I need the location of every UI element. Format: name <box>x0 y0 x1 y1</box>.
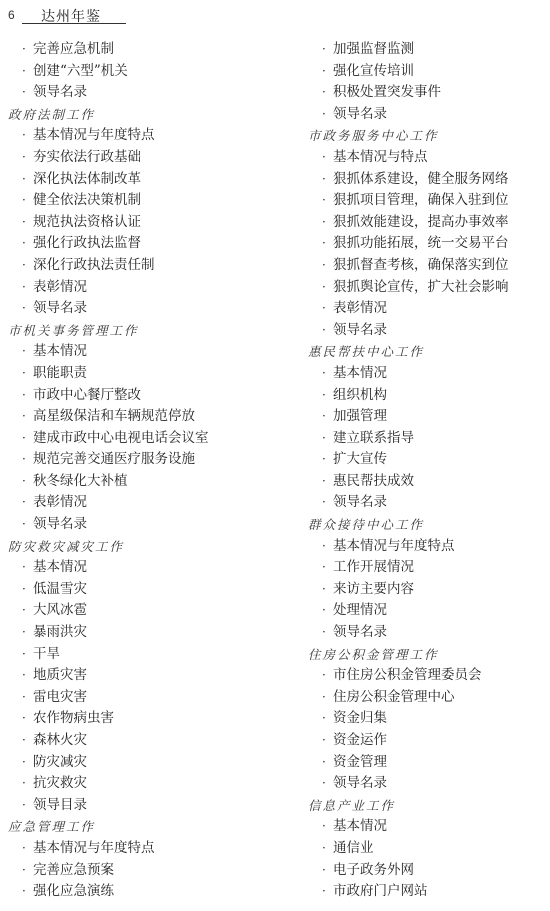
toc-entry-label: 完善应急预案 <box>33 862 114 878</box>
toc-entry-label: 市住房公积金管理委员会 <box>333 667 482 683</box>
toc-entry: ·基本情况 <box>308 816 550 838</box>
toc-entry: ·完善应急预案 <box>8 860 288 882</box>
bullet-icon: · <box>22 212 33 234</box>
toc-entry-label: 基本情况 <box>33 343 87 359</box>
toc-entry: ·抗灾救灾 <box>8 773 288 795</box>
section-heading-label: 信息产业工作 <box>308 798 395 813</box>
toc-entry: ·健全依法决策机制 <box>8 190 288 212</box>
bullet-icon: · <box>322 773 333 795</box>
bullet-icon: · <box>22 471 33 493</box>
section-heading-label: 群众接待中心工作 <box>308 517 424 532</box>
bullet-icon: · <box>322 406 333 428</box>
toc-entry: ·暴雨洪灾 <box>8 622 288 644</box>
toc-entry: ·领导名录 <box>308 773 550 795</box>
toc-entry-label: 加强监督监测 <box>333 41 414 57</box>
toc-entry: ·秋冬绿化大补植 <box>8 471 288 493</box>
section-heading: 政府法制工作 <box>8 104 288 126</box>
toc-entry-label: 领导名录 <box>333 624 387 640</box>
toc-column-left: ·完善应急机制·创建“六型”机关·领导名录政府法制工作·基本情况与年度特点·夯实… <box>8 39 288 903</box>
toc-entry: ·领导名录 <box>308 320 550 342</box>
bullet-icon: · <box>22 579 33 601</box>
bullet-icon: · <box>22 773 33 795</box>
toc-entry-label: 干旱 <box>33 646 60 662</box>
toc-entry-label: 雷电灾害 <box>33 689 87 705</box>
toc-entry: ·深化执法体制改革 <box>8 169 288 191</box>
section-heading-label: 住房公积金管理工作 <box>308 647 439 662</box>
toc-entry-label: 工作开展情况 <box>333 559 414 575</box>
toc-entry: ·资金管理 <box>308 752 550 774</box>
toc-entry-label: 表彰情况 <box>33 494 87 510</box>
toc-entry: ·建成市政中心电视电话会议室 <box>8 428 288 450</box>
bullet-icon: · <box>22 61 33 83</box>
page-number: 6 <box>8 8 15 22</box>
toc-entry: ·表彰情况 <box>8 492 288 514</box>
toc-entry: ·狠抓效能建设，提高办事效率 <box>308 212 550 234</box>
toc-entry-label: 秋冬绿化大补植 <box>33 473 128 489</box>
toc-entry: ·领导目录 <box>8 795 288 817</box>
toc-entry: ·领导名录 <box>8 298 288 320</box>
toc-entry: ·建立联系指导 <box>308 428 550 450</box>
bullet-icon: · <box>322 428 333 450</box>
bullet-icon: · <box>22 838 33 860</box>
bullet-icon: · <box>322 255 333 277</box>
toc-entry-label: 规范完善交通医疗服务设施 <box>33 451 195 467</box>
toc-entry: ·职能职责 <box>8 363 288 385</box>
toc-entry: ·惠民帮扶成效 <box>308 471 550 493</box>
toc-entry: ·市政中心餐厅整改 <box>8 385 288 407</box>
bullet-icon: · <box>322 708 333 730</box>
toc-entry: ·基本情况与年度特点 <box>8 838 288 860</box>
toc-entry: ·电子政务外网 <box>308 860 550 882</box>
bullet-icon: · <box>22 557 33 579</box>
toc-entry: ·领导名录 <box>308 622 550 644</box>
toc-entry: ·基本情况与特点 <box>308 147 550 169</box>
toc-entry-label: 加强管理 <box>333 408 387 424</box>
toc-entry-label: 基本情况与年度特点 <box>33 127 155 143</box>
toc-entry: ·雷电灾害 <box>8 687 288 709</box>
toc-entry: ·完善应急机制 <box>8 39 288 61</box>
toc-entry: ·深化行政执法责任制 <box>8 255 288 277</box>
toc-entry: ·狠抓舆论宣传，扩大社会影响 <box>308 277 550 299</box>
bullet-icon: · <box>322 147 333 169</box>
bullet-icon: · <box>22 125 33 147</box>
toc-entry-label: 完善应急机制 <box>33 41 114 57</box>
section-heading-label: 政府法制工作 <box>8 107 95 122</box>
toc-entry-label: 基本情况与年度特点 <box>333 538 455 554</box>
toc-entry: ·地质灾害 <box>8 665 288 687</box>
toc-entry: ·强化应急演练 <box>8 881 288 903</box>
toc-entry-label: 抗灾救灾 <box>33 775 87 791</box>
toc-entry-label: 强化行政执法监督 <box>33 235 141 251</box>
toc-entry-label: 夯实依法行政基础 <box>33 149 141 165</box>
bullet-icon: · <box>22 514 33 536</box>
toc-entry: ·强化宣传培训 <box>308 61 550 83</box>
toc-entry-label: 强化宣传培训 <box>333 63 414 79</box>
bullet-icon: · <box>322 190 333 212</box>
bullet-icon: · <box>322 385 333 407</box>
toc-entry: ·来访主要内容 <box>308 579 550 601</box>
bullet-icon: · <box>22 190 33 212</box>
toc-entry: ·住房公积金管理中心 <box>308 687 550 709</box>
toc-entry: ·夯实依法行政基础 <box>8 147 288 169</box>
toc-entry-label: 建立联系指导 <box>333 430 414 446</box>
bullet-icon: · <box>22 169 33 191</box>
bullet-icon: · <box>322 600 333 622</box>
toc-column-right: ·加强监督监测·强化宣传培训·积极处置突发事件·领导名录市政务服务中心工作·基本… <box>308 39 550 903</box>
toc-entry-label: 职能职责 <box>33 365 87 381</box>
toc-entry-label: 领导名录 <box>33 84 87 100</box>
toc-entry-label: 处理情况 <box>333 602 387 618</box>
toc-entry: ·强化行政执法监督 <box>8 233 288 255</box>
toc-entry: ·农作物病虫害 <box>8 708 288 730</box>
toc-entry-label: 深化执法体制改革 <box>33 171 141 187</box>
bullet-icon: · <box>322 579 333 601</box>
bullet-icon: · <box>22 39 33 61</box>
bullet-icon: · <box>322 169 333 191</box>
section-heading-label: 防灾救灾减灾工作 <box>8 539 124 554</box>
bullet-icon: · <box>322 277 333 299</box>
toc-entry: ·低温雪灾 <box>8 579 288 601</box>
section-heading: 应急管理工作 <box>8 816 288 838</box>
running-title: 达州年鉴 <box>41 6 101 26</box>
toc-entry-label: 领导目录 <box>33 797 87 813</box>
section-heading: 信息产业工作 <box>308 795 550 817</box>
bullet-icon: · <box>22 730 33 752</box>
toc-entry-label: 创建“六型”机关 <box>33 63 128 79</box>
toc-entry: ·干旱 <box>8 644 288 666</box>
bullet-icon: · <box>22 665 33 687</box>
toc-entry-label: 大风冰雹 <box>33 602 87 618</box>
section-heading: 惠民帮扶中心工作 <box>308 341 550 363</box>
toc-entry-label: 领导名录 <box>333 494 387 510</box>
toc-entry-label: 基本情况 <box>333 818 387 834</box>
toc-entry-label: 狠抓舆论宣传，扩大社会影响 <box>333 279 509 295</box>
bullet-icon: · <box>22 708 33 730</box>
toc-entry-label: 农作物病虫害 <box>33 710 114 726</box>
bullet-icon: · <box>322 320 333 342</box>
section-heading-label: 市机关事务管理工作 <box>8 323 139 338</box>
toc-entry-label: 狠抓督查考核，确保落实到位 <box>333 257 509 273</box>
bullet-icon: · <box>322 665 333 687</box>
bullet-icon: · <box>22 600 33 622</box>
toc-entry-label: 通信业 <box>333 840 374 856</box>
toc-entry-label: 基本情况与特点 <box>333 149 428 165</box>
toc-entry: ·加强管理 <box>308 406 550 428</box>
toc-entry: ·基本情况 <box>8 557 288 579</box>
section-heading: 防灾救灾减灾工作 <box>8 536 288 558</box>
bullet-icon: · <box>22 622 33 644</box>
bullet-icon: · <box>322 492 333 514</box>
toc-entry-label: 领导名录 <box>33 516 87 532</box>
toc-entry-label: 健全依法决策机制 <box>33 192 141 208</box>
toc-entry: ·组织机构 <box>308 385 550 407</box>
bullet-icon: · <box>322 752 333 774</box>
toc-entry: ·森林火灾 <box>8 730 288 752</box>
toc-entry-label: 领导名录 <box>333 775 387 791</box>
bullet-icon: · <box>22 795 33 817</box>
toc-entry-label: 电子政务外网 <box>333 862 414 878</box>
bullet-icon: · <box>322 838 333 860</box>
toc-entry-label: 基本情况 <box>33 559 87 575</box>
bullet-icon: · <box>22 449 33 471</box>
toc-entry-label: 基本情况与年度特点 <box>33 840 155 856</box>
toc-entry-label: 深化行政执法责任制 <box>33 257 155 273</box>
bullet-icon: · <box>322 449 333 471</box>
bullet-icon: · <box>322 61 333 83</box>
bullet-icon: · <box>322 233 333 255</box>
section-heading-label: 市政务服务中心工作 <box>308 128 439 143</box>
toc-entry-label: 建成市政中心电视电话会议室 <box>33 430 209 446</box>
bullet-icon: · <box>22 277 33 299</box>
toc-entry-label: 市政府门户网站 <box>333 883 428 899</box>
bullet-icon: · <box>22 385 33 407</box>
bullet-icon: · <box>22 644 33 666</box>
toc-entry: ·基本情况 <box>8 341 288 363</box>
bullet-icon: · <box>322 298 333 320</box>
toc-entry-label: 扩大宣传 <box>333 451 387 467</box>
bullet-icon: · <box>22 341 33 363</box>
section-heading-label: 惠民帮扶中心工作 <box>308 344 424 359</box>
bullet-icon: · <box>322 471 333 493</box>
section-heading-label: 应急管理工作 <box>8 819 95 834</box>
bullet-icon: · <box>322 363 333 385</box>
toc-entry: ·基本情况与年度特点 <box>308 536 550 558</box>
toc-entry-label: 组织机构 <box>333 387 387 403</box>
toc-entry-label: 积极处置突发事件 <box>333 84 441 100</box>
bullet-icon: · <box>322 730 333 752</box>
toc-entry: ·工作开展情况 <box>308 557 550 579</box>
bullet-icon: · <box>322 557 333 579</box>
toc-entry: ·资金运作 <box>308 730 550 752</box>
toc-entry-label: 规范执法资格认证 <box>33 214 141 230</box>
toc-entry: ·狠抓体系建设，健全服务网络 <box>308 169 550 191</box>
toc-entry-label: 地质灾害 <box>33 667 87 683</box>
toc-entry-label: 资金归集 <box>333 710 387 726</box>
toc-entry-label: 暴雨洪灾 <box>33 624 87 640</box>
bullet-icon: · <box>22 881 33 903</box>
toc-entry-label: 防灾减灾 <box>33 754 87 770</box>
toc-entry-label: 狠抓体系建设，健全服务网络 <box>333 171 509 187</box>
toc-entry-label: 资金运作 <box>333 732 387 748</box>
toc-entry: ·表彰情况 <box>8 277 288 299</box>
toc-entry-label: 来访主要内容 <box>333 581 414 597</box>
toc-entry-label: 领导名录 <box>33 300 87 316</box>
toc-entry: ·积极处置突发事件 <box>308 82 550 104</box>
section-heading: 市机关事务管理工作 <box>8 320 288 342</box>
toc-entry-label: 低温雪灾 <box>33 581 87 597</box>
bullet-icon: · <box>322 212 333 234</box>
toc-entry-label: 高星级保洁和车辆规范停放 <box>33 408 195 424</box>
toc-entry-label: 资金管理 <box>333 754 387 770</box>
bullet-icon: · <box>322 536 333 558</box>
toc-entry: ·狠抓督查考核，确保落实到位 <box>308 255 550 277</box>
toc-entry: ·领导名录 <box>8 82 288 104</box>
toc-entry: ·狠抓功能拓展，统一交易平台 <box>308 233 550 255</box>
toc-entry: ·基本情况 <box>308 363 550 385</box>
bullet-icon: · <box>22 82 33 104</box>
toc-entry: ·表彰情况 <box>308 298 550 320</box>
toc-entry: ·市住房公积金管理委员会 <box>308 665 550 687</box>
bullet-icon: · <box>322 622 333 644</box>
toc-entry-label: 领导名录 <box>333 106 387 122</box>
toc-entry: ·领导名录 <box>308 492 550 514</box>
bullet-icon: · <box>322 687 333 709</box>
toc-entry-label: 表彰情况 <box>333 300 387 316</box>
toc-entry: ·规范执法资格认证 <box>8 212 288 234</box>
toc-entry: ·领导名录 <box>308 104 550 126</box>
section-heading: 住房公积金管理工作 <box>308 644 550 666</box>
bullet-icon: · <box>22 492 33 514</box>
toc-entry-label: 基本情况 <box>333 365 387 381</box>
toc-entry-label: 狠抓功能拓展，统一交易平台 <box>333 235 509 251</box>
toc-entry-label: 市政中心餐厅整改 <box>33 387 141 403</box>
toc-entry: ·大风冰雹 <box>8 600 288 622</box>
toc-entry-label: 领导名录 <box>333 322 387 338</box>
toc-entry: ·扩大宣传 <box>308 449 550 471</box>
toc-entry: ·加强监督监测 <box>308 39 550 61</box>
toc-entry: ·高星级保洁和车辆规范停放 <box>8 406 288 428</box>
bullet-icon: · <box>322 82 333 104</box>
bullet-icon: · <box>322 816 333 838</box>
section-heading: 群众接待中心工作 <box>308 514 550 536</box>
toc-entry: ·处理情况 <box>308 600 550 622</box>
toc-entry: ·创建“六型”机关 <box>8 61 288 83</box>
bullet-icon: · <box>22 406 33 428</box>
toc-entry: ·资金归集 <box>308 708 550 730</box>
toc-entry-label: 森林火灾 <box>33 732 87 748</box>
bullet-icon: · <box>22 752 33 774</box>
toc-entry-label: 狠抓效能建设，提高办事效率 <box>333 214 509 230</box>
toc-entry: ·狠抓项目管理，确保入驻到位 <box>308 190 550 212</box>
bullet-icon: · <box>22 147 33 169</box>
bullet-icon: · <box>22 428 33 450</box>
toc-entry: ·领导名录 <box>8 514 288 536</box>
bullet-icon: · <box>322 860 333 882</box>
bullet-icon: · <box>22 255 33 277</box>
toc-entry-label: 表彰情况 <box>33 279 87 295</box>
section-heading: 市政务服务中心工作 <box>308 125 550 147</box>
toc-entry: ·规范完善交通医疗服务设施 <box>8 449 288 471</box>
bullet-icon: · <box>322 39 333 61</box>
toc-entry: ·基本情况与年度特点 <box>8 125 288 147</box>
toc-entry-label: 强化应急演练 <box>33 883 114 899</box>
toc-entry: ·通信业 <box>308 838 550 860</box>
toc-entry: ·防灾减灾 <box>8 752 288 774</box>
bullet-icon: · <box>22 687 33 709</box>
toc-entry: ·市政府门户网站 <box>308 881 550 903</box>
bullet-icon: · <box>22 298 33 320</box>
bullet-icon: · <box>22 363 33 385</box>
bullet-icon: · <box>322 881 333 903</box>
toc-entry-label: 狠抓项目管理，确保入驻到位 <box>333 192 509 208</box>
bullet-icon: · <box>22 233 33 255</box>
toc-entry-label: 住房公积金管理中心 <box>333 689 455 705</box>
bullet-icon: · <box>322 104 333 126</box>
bullet-icon: · <box>22 860 33 882</box>
toc-entry-label: 惠民帮扶成效 <box>333 473 414 489</box>
